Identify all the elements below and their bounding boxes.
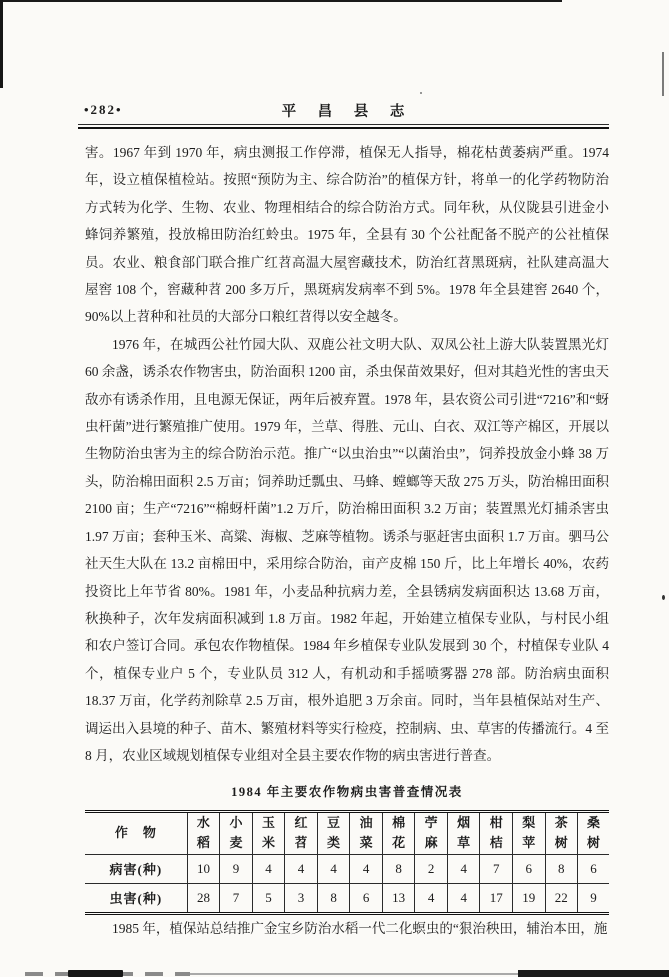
column-header: 烟 草 [447, 812, 480, 854]
cell: 19 [512, 883, 545, 913]
cell: 6 [578, 854, 609, 883]
cell: 22 [545, 883, 578, 913]
column-header: 油 菜 [350, 812, 383, 854]
cell: 28 [187, 883, 220, 913]
cell: 3 [285, 883, 318, 913]
column-header: 梨 苹 [512, 812, 545, 854]
cell: 4 [415, 883, 448, 913]
column-header: 红 苕 [285, 812, 318, 854]
scan-artifact-bottom-blot-left [68, 970, 123, 977]
cell: 8 [317, 883, 350, 913]
header-rule [78, 124, 609, 129]
cell: 8 [382, 854, 415, 883]
cell: 6 [512, 854, 545, 883]
scan-artifact-top-line [0, 0, 562, 2]
row-label: 虫害(种) [85, 883, 187, 913]
column-header: 茶 树 [545, 812, 578, 854]
scanned-book-page: •282• 平 昌 县 志 害。1967 年到 1970 年，病虫测报工作停滞，… [0, 0, 669, 977]
scan-artifact-bottom-dashes [25, 972, 190, 976]
column-header: 苧 麻 [415, 812, 448, 854]
cell: 9 [578, 883, 609, 913]
table-corner-cell: 作 物 [85, 812, 187, 854]
column-header: 玉 米 [252, 812, 285, 854]
running-head: •282• 平 昌 县 志 [78, 98, 608, 124]
table-row-diseases: 病害(种) 10 9 4 4 4 4 8 2 4 7 6 8 6 [85, 854, 609, 883]
column-header: 棉 花 [382, 812, 415, 854]
cell: 9 [220, 854, 253, 883]
cell: 4 [447, 883, 480, 913]
column-header: 豆 类 [317, 812, 350, 854]
column-header: 小 麦 [220, 812, 253, 854]
column-header: 桑 树 [578, 812, 609, 854]
scan-artifact-bottom-line [190, 973, 520, 975]
cell: 7 [480, 854, 513, 883]
page-body: 害。1967 年到 1970 年，病虫测报工作停滞，植保无人指导，棉花枯黄萎病严… [85, 139, 609, 942]
row-label: 病害(种) [85, 854, 187, 883]
paragraph-1985: 1985 年，植保站总结推广金宝乡防治水稻一代二化螟虫的“狠治秧田，辅治本田，施 [85, 915, 609, 942]
scan-artifact-bottom-blot-right [518, 970, 669, 977]
paragraph-1976: 1976 年，在城西公社竹园大队、双鹿公社文明大队、双凤公社上游大队装置黑光灯 … [85, 331, 609, 770]
column-header: 柑 桔 [480, 812, 513, 854]
cell: 10 [187, 854, 220, 883]
cell: 8 [545, 854, 578, 883]
cell: 13 [382, 883, 415, 913]
cell: 4 [350, 854, 383, 883]
cell: 4 [285, 854, 318, 883]
table-title: 1984 年主要农作物病虫害普查情况表 [85, 782, 609, 800]
cell: 6 [350, 883, 383, 913]
table-header-row: 作 物 水 稻 小 麦 玉 米 红 苕 豆 类 油 菜 棉 花 苧 麻 烟 草 … [85, 812, 609, 854]
cell: 2 [415, 854, 448, 883]
cell: 17 [480, 883, 513, 913]
cell: 4 [317, 854, 350, 883]
scan-artifact-right-mark [662, 52, 664, 96]
scan-speck [420, 92, 422, 94]
scan-artifact-left-strip [0, 0, 3, 88]
cell: 4 [447, 854, 480, 883]
pest-survey-table: 作 物 水 稻 小 麦 玉 米 红 苕 豆 类 油 菜 棉 花 苧 麻 烟 草 … [85, 810, 609, 914]
book-title: 平 昌 县 志 [78, 100, 608, 121]
paragraph-continuation: 害。1967 年到 1970 年，病虫测报工作停滞，植保无人指导，棉花枯黄萎病严… [85, 139, 609, 331]
column-header: 水 稻 [187, 812, 220, 854]
table-row-insects: 虫害(种) 28 7 5 3 8 6 13 4 4 17 19 22 9 [85, 883, 609, 913]
cell: 4 [252, 854, 285, 883]
cell: 5 [252, 883, 285, 913]
cell: 7 [220, 883, 253, 913]
scan-speck [662, 595, 665, 600]
